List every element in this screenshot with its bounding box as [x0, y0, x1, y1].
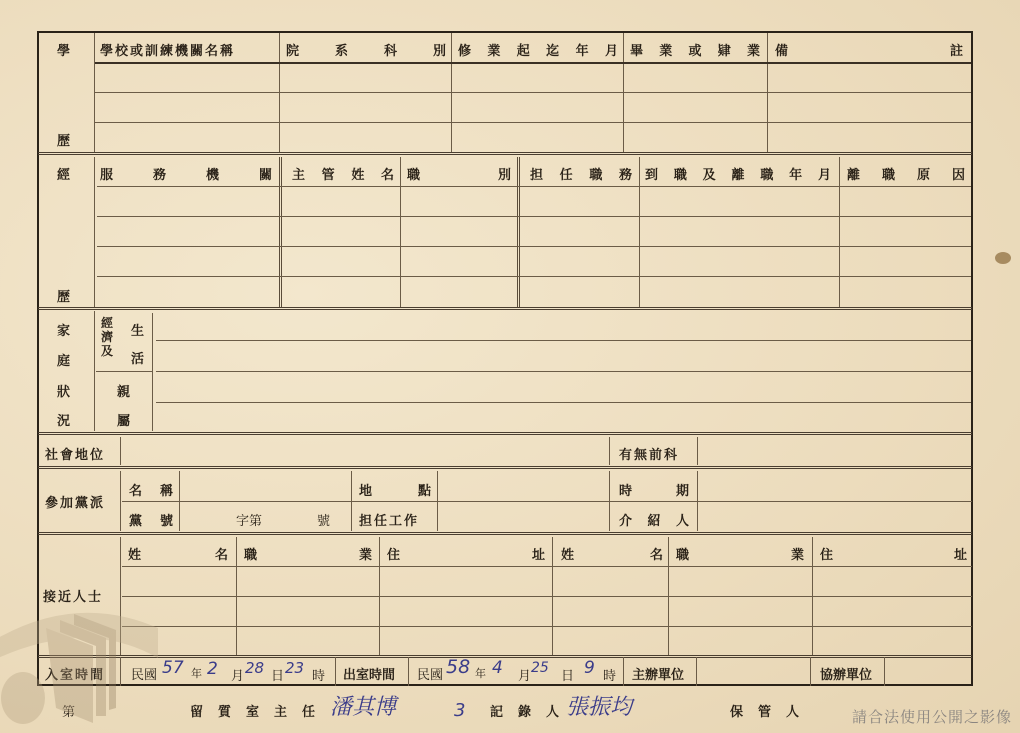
experience-header-title: 職別: [407, 164, 511, 183]
family-label-char: 況: [57, 410, 70, 429]
recorder-label: 記 錄 人: [490, 701, 560, 720]
family-label-char: 狀: [57, 381, 70, 400]
party-number-zi: 字第: [236, 510, 262, 529]
contacts-header-name-2: 姓名: [561, 544, 663, 563]
divider: [94, 157, 95, 307]
exit-day-unit: 日: [561, 665, 574, 684]
section-line: [38, 152, 972, 155]
relatives-label: 親: [117, 381, 130, 400]
divider: [152, 313, 153, 431]
party-period-label: 時期: [619, 480, 689, 499]
family-label-char: 家: [57, 320, 70, 339]
livelihood-label: 生活: [131, 318, 145, 374]
row-line: [122, 596, 972, 597]
row-line: [156, 371, 971, 372]
entry-day-unit: 日: [271, 665, 284, 684]
divider: [697, 437, 698, 465]
exit-year-unit: 年: [475, 665, 486, 681]
entry-hour-value: 23: [285, 659, 304, 677]
divider: [839, 157, 840, 307]
row-line: [97, 276, 971, 277]
exit-hour-unit: 時: [603, 665, 616, 684]
exit-month-unit: 月: [518, 665, 531, 684]
row-line: [156, 340, 971, 341]
party-number-hao: 號: [317, 510, 330, 529]
director-signature: 潘其博: [330, 690, 396, 721]
exit-prefix: 民國: [417, 664, 443, 683]
section-line: [38, 432, 972, 435]
row-line: [96, 371, 152, 372]
entry-year-unit: 年: [191, 665, 202, 681]
exit-year-value: 58: [446, 656, 470, 678]
party-label: 參加黨派: [45, 492, 105, 511]
experience-header-supervisor: 主管姓名: [292, 164, 394, 183]
director-mark: 3: [454, 700, 465, 721]
row-line: [122, 626, 972, 627]
divider: [120, 437, 121, 465]
contacts-header-name-1: 姓名: [128, 544, 228, 563]
divider: [120, 471, 121, 531]
entry-month-unit: 月: [231, 665, 244, 684]
criminal-record-label: 有無前科: [619, 444, 679, 463]
row-line: [95, 122, 971, 123]
row-line: [97, 216, 971, 217]
paper-stain: [995, 252, 1011, 264]
row-line: [97, 246, 971, 247]
party-name-label: 名稱: [129, 480, 173, 499]
divider: [623, 657, 624, 686]
party-role-label: 担任工作: [359, 510, 419, 529]
divider: [408, 657, 409, 686]
contacts-header-address-2: 住址: [820, 544, 967, 563]
divider: [810, 657, 811, 686]
row-line: [122, 501, 972, 502]
party-introducer-label: 介紹人: [619, 510, 689, 529]
row-line: [95, 92, 971, 93]
section-line: [38, 307, 972, 310]
exit-day-value: 25: [531, 660, 549, 676]
divider: [279, 157, 282, 307]
divider: [639, 157, 640, 307]
divider: [884, 657, 885, 686]
row-line: [95, 62, 971, 64]
divider: [696, 657, 697, 686]
divider: [517, 157, 520, 307]
form-frame: [37, 31, 973, 686]
education-label-top: 學: [57, 40, 70, 59]
party-number-label: 黨號: [129, 510, 173, 529]
relatives-label: 屬: [117, 410, 130, 429]
family-label-char: 庭: [57, 350, 70, 369]
recorder-signature: 張振均: [566, 690, 632, 721]
divider: [609, 437, 610, 465]
custodian-label: 保 管 人: [730, 701, 800, 720]
experience-label-top: 經: [57, 164, 70, 183]
exit-month-value: 4: [492, 658, 503, 678]
social-status-label: 社會地位: [45, 444, 105, 463]
entry-month-value: 2: [207, 659, 218, 679]
section-line: [38, 532, 972, 535]
party-location-label: 地點: [359, 480, 431, 499]
archive-logo-icon: [0, 598, 188, 728]
divider: [94, 311, 95, 431]
divider: [335, 657, 336, 686]
experience-header-org: 服務機關: [100, 164, 272, 183]
entry-hour-unit: 時: [312, 665, 325, 684]
row-line: [97, 186, 971, 187]
economy-label: 經濟及: [101, 316, 115, 358]
education-header-school: 學校或訓練機關名稱: [100, 40, 235, 59]
education-header-period: 修業起迄年月: [458, 40, 618, 59]
education-header-graduation: 畢業或肄業: [630, 40, 760, 59]
education-header-notes: 備註: [775, 40, 963, 59]
exit-hour-value: 9: [584, 658, 595, 678]
assist-unit-label: 協辦單位: [820, 664, 872, 683]
main-unit-label: 主辦單位: [632, 664, 684, 683]
experience-label-bottom: 歷: [57, 286, 70, 305]
experience-header-dates: 到職及離職年月: [645, 164, 831, 183]
exit-time-label: 出室時間: [343, 664, 395, 683]
education-header-dept: 院系科別: [286, 40, 446, 59]
education-label-bottom: 歷: [57, 130, 70, 149]
watermark-text: 請合法使用公開之影像: [852, 706, 1012, 727]
row-line: [156, 402, 971, 403]
director-label: 留 質 室 主 任: [190, 701, 316, 720]
contacts-header-job-1: 職業: [244, 544, 372, 563]
divider: [400, 157, 401, 307]
row-line: [122, 566, 972, 567]
experience-header-duty: 担任職務: [530, 164, 632, 183]
entry-day-value: 28: [245, 659, 264, 677]
experience-header-reason: 離職原因: [847, 164, 965, 183]
section-line: [38, 466, 972, 469]
contacts-header-address-1: 住址: [387, 544, 545, 563]
contacts-header-job-2: 職業: [676, 544, 804, 563]
